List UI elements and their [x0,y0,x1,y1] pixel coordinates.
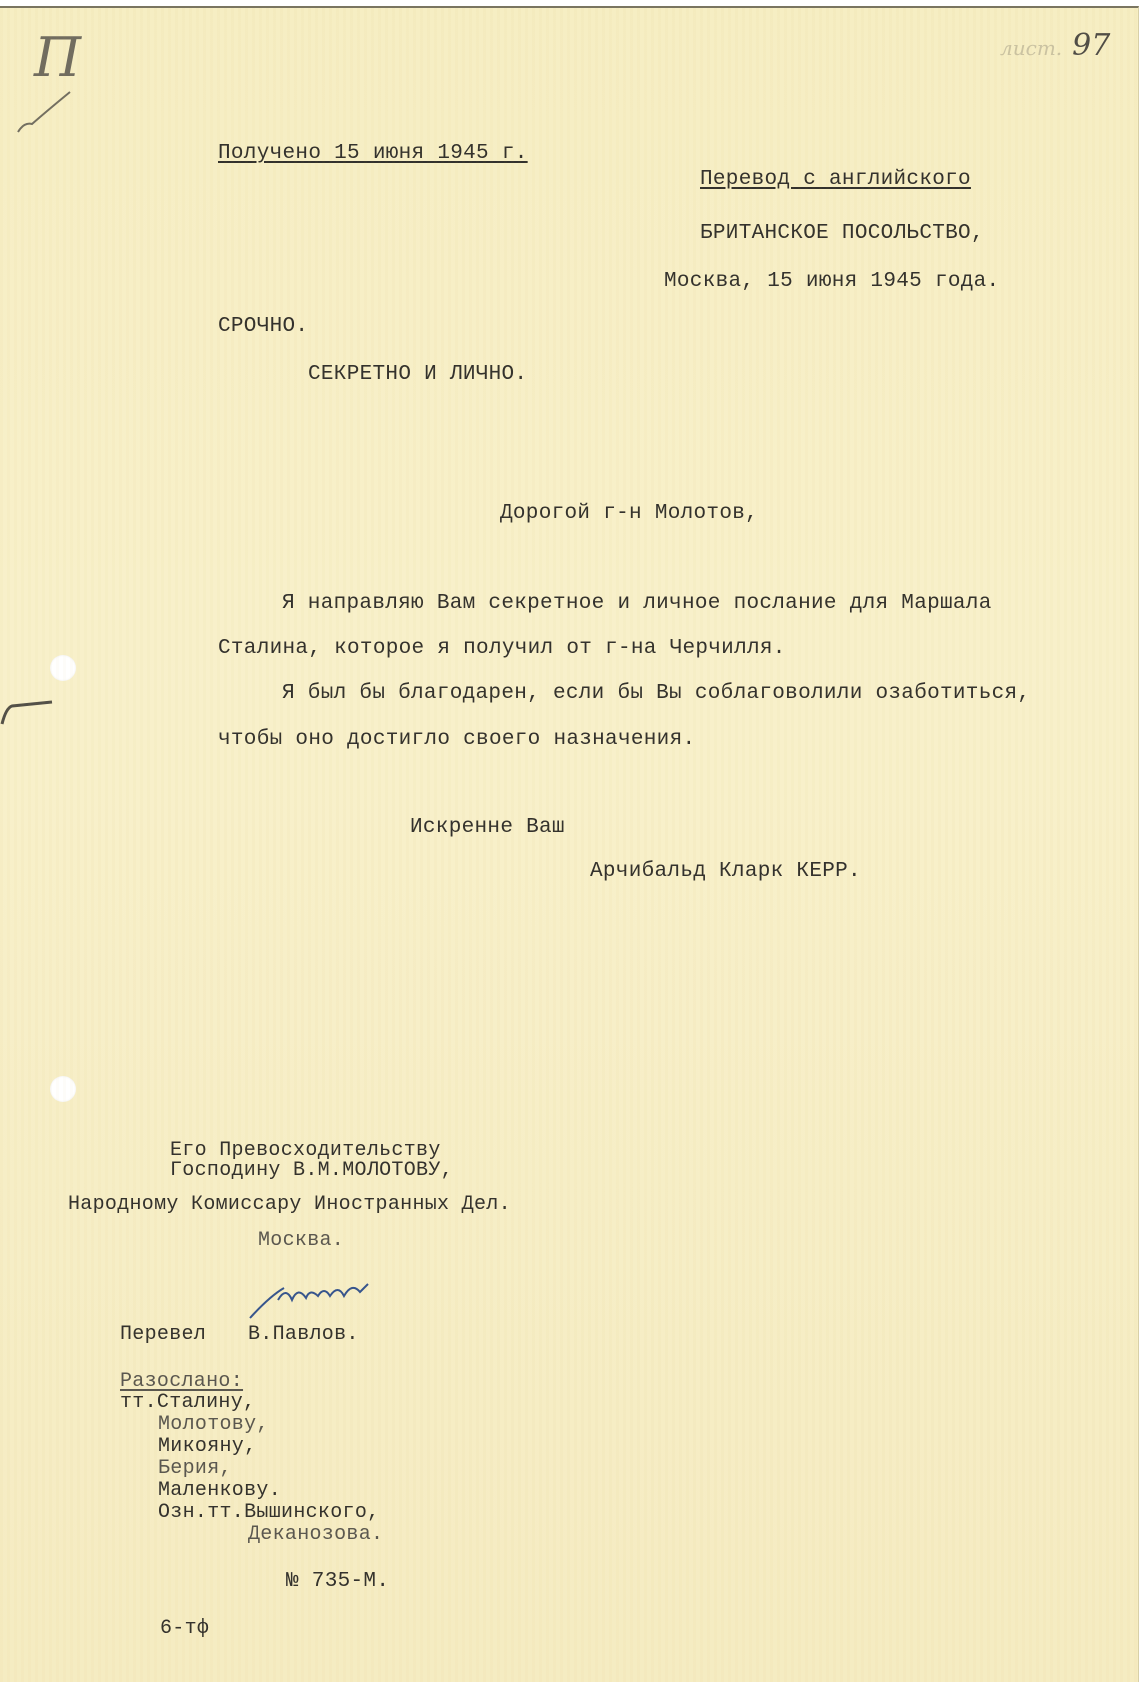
document-page: П лист.97 Получено 15 июня 1945 г. Перев… [0,6,1139,1682]
addressee-line-1: Его Превосходительству [170,1140,441,1161]
addressee-line-3: Народному Комиссару Иностранных Дел. [68,1194,511,1215]
distribution-recipient: Берия, [158,1458,232,1479]
distribution-recipient: Маленкову. [158,1480,281,1501]
punch-hole [50,655,76,681]
distribution-heading: Разослано: [120,1371,243,1392]
paragraph-2-line-2: чтобы оно достигло своего назначения. [218,728,695,751]
paragraph-2-line-1: Я был бы благодарен, если бы Вы соблагов… [282,682,1030,705]
reference-number: № 735-М. [286,1570,389,1593]
distribution-recipient: Молотову, [158,1414,269,1435]
check-mark-icon [14,88,74,138]
translator-label: Перевел [120,1324,206,1345]
place-date: Москва, 15 июня 1945 года. [664,270,999,293]
signature: Арчибальд Кларк КЕРР. [590,860,861,883]
urgency-label: СРОЧНО. [218,315,308,338]
translation-note: Перевод с английского [700,168,971,191]
distribution-recipient: тт.Сталину, [120,1392,255,1413]
sender-embassy: БРИТАНСКОЕ ПОСОЛЬСТВО, [700,222,984,245]
secrecy-label: СЕКРЕТНО И ЛИЧНО. [308,363,527,386]
received-date: Получено 15 июня 1945 г. [218,142,528,165]
distribution-cc: Деканозова. [248,1524,383,1545]
paragraph-1-line-2: Сталина, которое я получил от г-на Черчи… [218,637,786,660]
typist-mark: 6-тф [160,1618,209,1639]
handwritten-signature [248,1278,378,1320]
folio-number: лист.97 [1000,28,1110,63]
paragraph-1-line-1: Я направляю Вам секретное и личное посла… [282,592,992,615]
addressee-line-2: Господину В.М.МОЛОТОВУ, [170,1160,453,1181]
distribution-recipient: Микояну, [158,1436,256,1457]
margin-mark: П [34,26,81,89]
closing: Искренне Ваш [410,816,565,839]
margin-bracket-mark [0,698,60,728]
punch-hole [50,1076,76,1102]
addressee-line-4: Москва. [258,1230,344,1251]
translator-name: В.Павлов. [248,1324,359,1345]
distribution-cc: Озн.тт.Вышинского, [158,1502,379,1523]
salutation: Дорогой г-н Молотов, [500,502,758,525]
